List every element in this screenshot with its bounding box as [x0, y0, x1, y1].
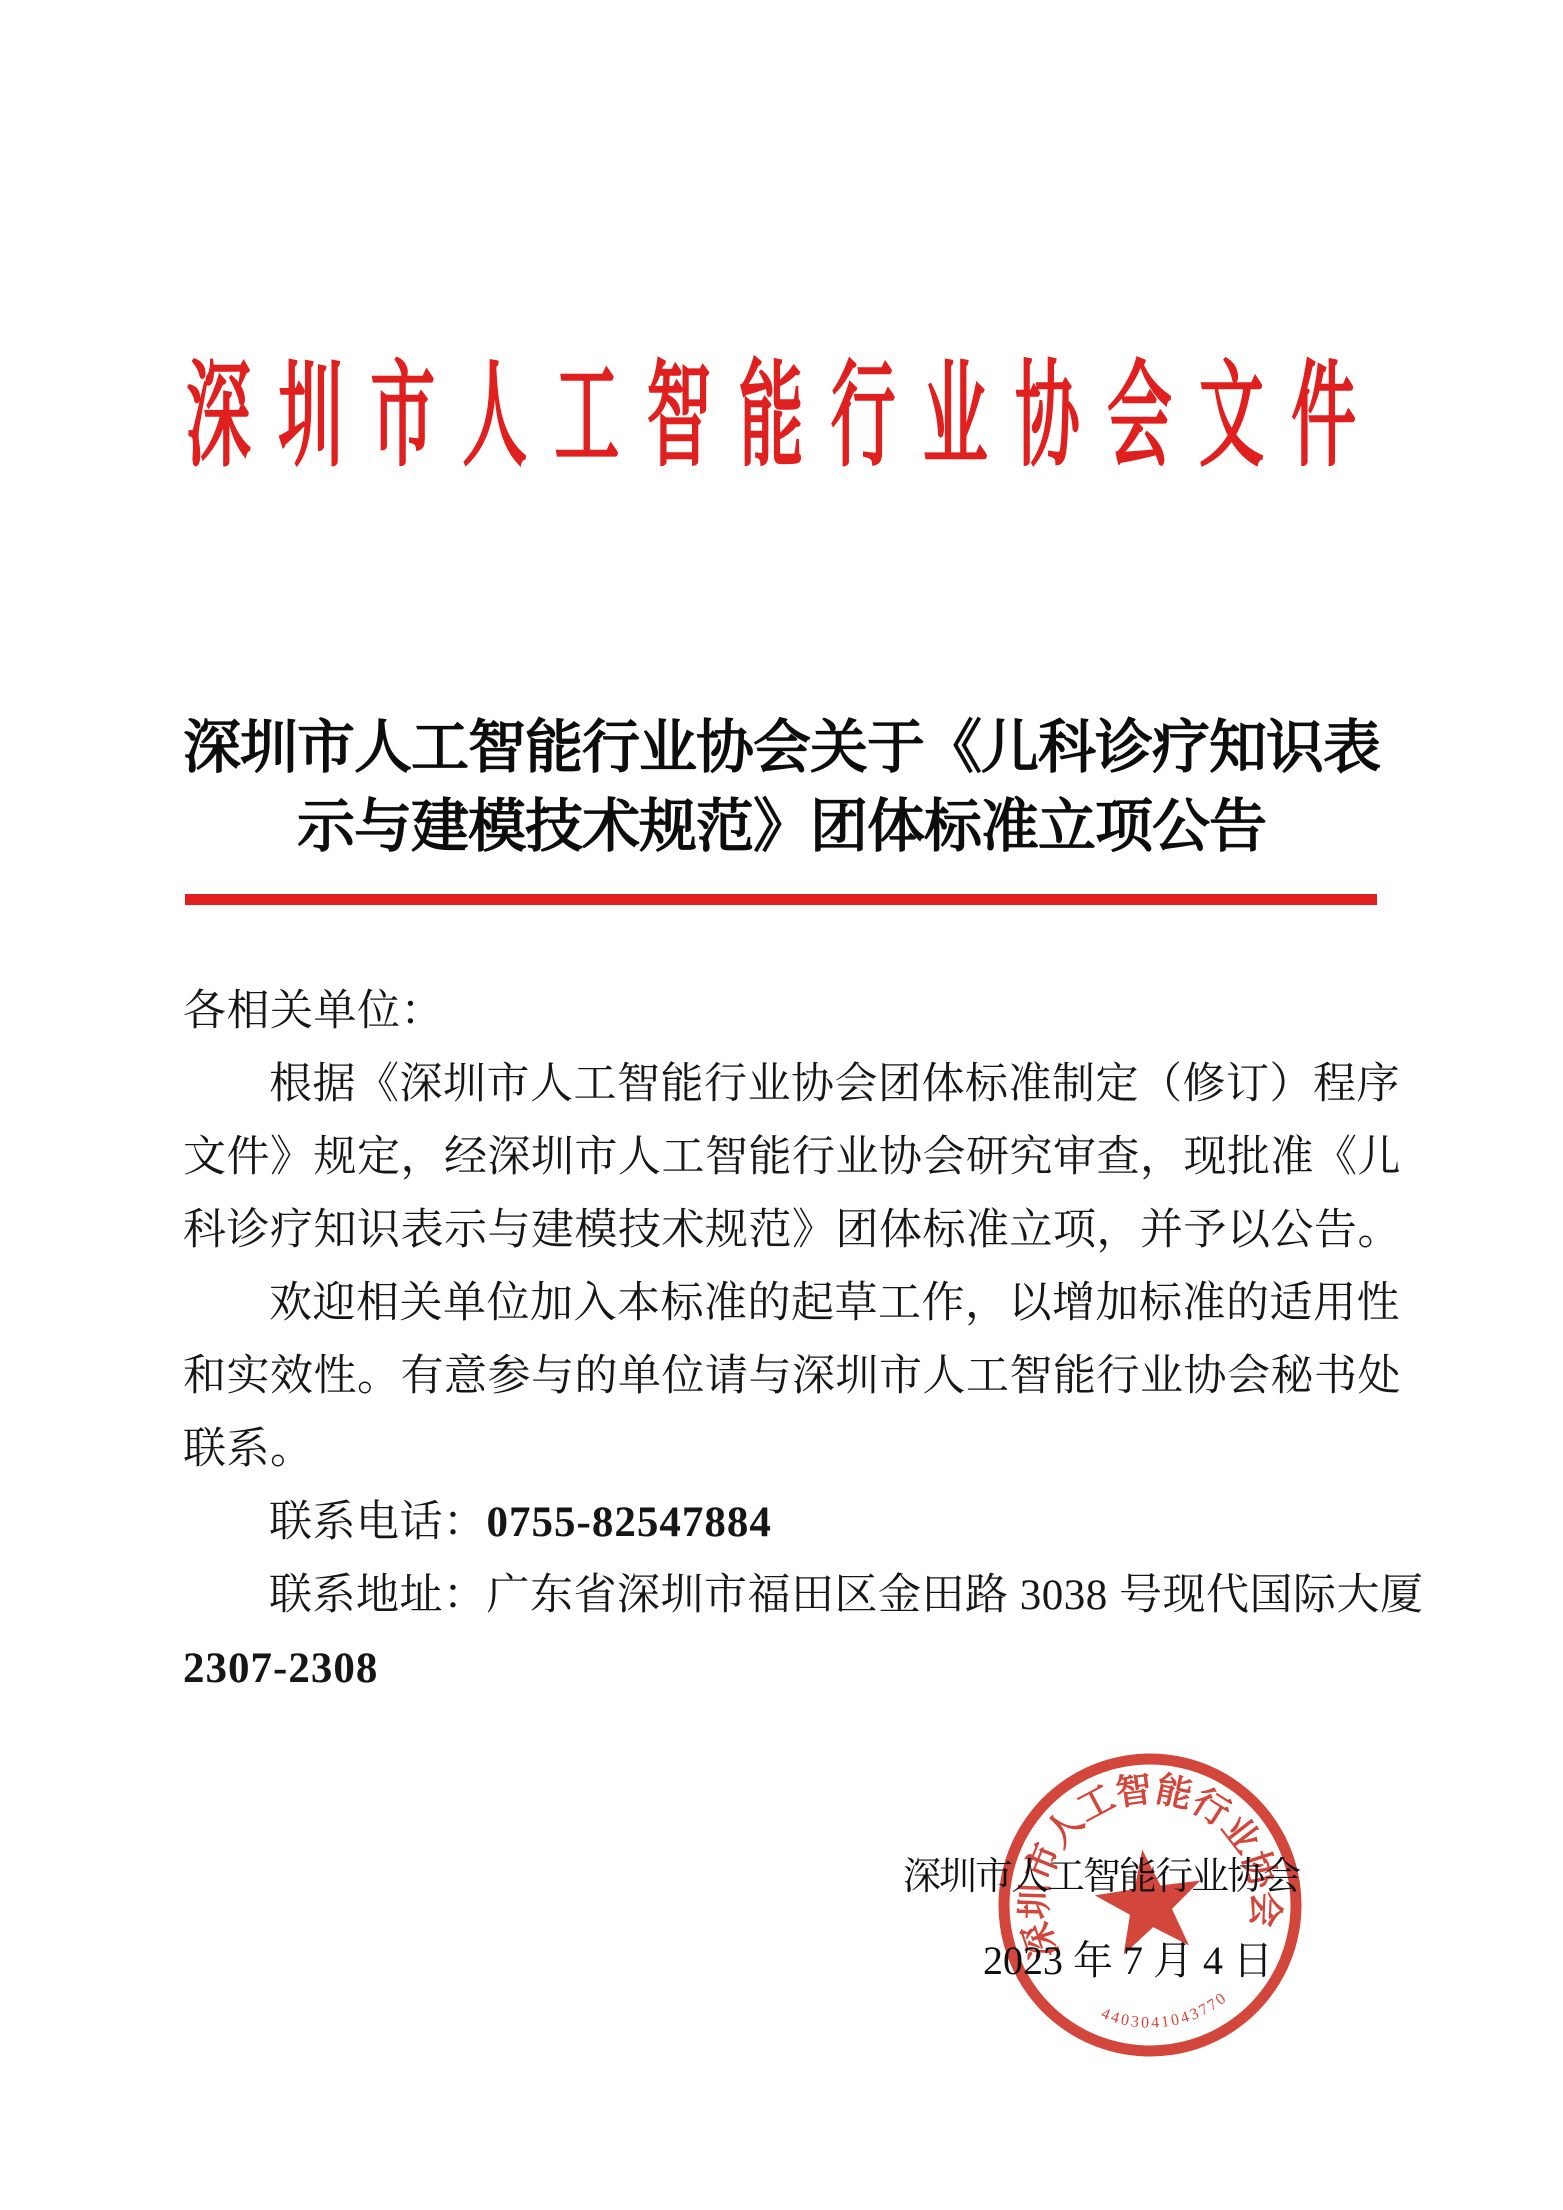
contact-address-label: 联系地址： — [269, 1572, 487, 1619]
paragraph2-line1: 欢迎相关单位加入本标准的起草工作，以增加标准的适用性 — [183, 1267, 1383, 1340]
document-page: 深圳市人工智能行业协会文件 深圳市人工智能行业协会关于《儿科诊疗知识表 示与建模… — [0, 0, 1563, 2210]
seal-graphic: 深圳市人工智能行业协会 4403041043770 — [995, 1750, 1305, 2060]
official-seal-stamp: 深圳市人工智能行业协会 4403041043770 — [995, 1750, 1305, 2060]
paragraph1-line3: 科诊疗知识表示与建模技术规范》团体标准立项，并予以公告。 — [183, 1194, 1383, 1267]
contact-address-line: 联系地址：广东省深圳市福田区金田路 3038 号现代国际大厦 — [183, 1559, 1383, 1632]
paragraph2-line2: 和实效性。有意参与的单位请与深圳市人工智能行业协会秘书处 — [183, 1340, 1383, 1413]
document-title-line2: 示与建模技术规范》团体标准立项公告 — [0, 787, 1563, 866]
contact-phone-line: 联系电话：0755-82547884 — [183, 1486, 1383, 1559]
document-title: 深圳市人工智能行业协会关于《儿科诊疗知识表 示与建模技术规范》团体标准立项公告 — [0, 708, 1563, 866]
red-divider-rule — [185, 894, 1377, 905]
letterhead-banner: 深圳市人工智能行业协会文件 — [186, 352, 1383, 482]
paragraph1-line2: 文件》规定，经深圳市人工智能行业协会研究审查，现批准《儿 — [183, 1121, 1383, 1194]
contact-address-value: 广东省深圳市福田区金田路 3038 号现代国际大厦 — [487, 1572, 1424, 1619]
issue-date: 2023 年 7 月 4 日 — [983, 1938, 1273, 1984]
contact-phone-value: 0755-82547884 — [487, 1499, 772, 1546]
paragraph1-line1: 根据《深圳市人工智能行业协会团体标准制定（修订）程序 — [183, 1048, 1383, 1121]
issuing-org-signature: 深圳市人工智能行业协会 — [903, 1852, 1299, 1902]
paragraph2-line3: 联系。 — [183, 1413, 1383, 1486]
document-title-line1: 深圳市人工智能行业协会关于《儿科诊疗知识表 — [0, 708, 1563, 787]
contact-address-line2: 2307-2308 — [183, 1632, 1383, 1705]
contact-phone-label: 联系电话： — [269, 1499, 487, 1546]
salutation-line: 各相关单位： — [183, 975, 1383, 1048]
document-body: 各相关单位： 根据《深圳市人工智能行业协会团体标准制定（修订）程序 文件》规定，… — [183, 975, 1383, 1705]
